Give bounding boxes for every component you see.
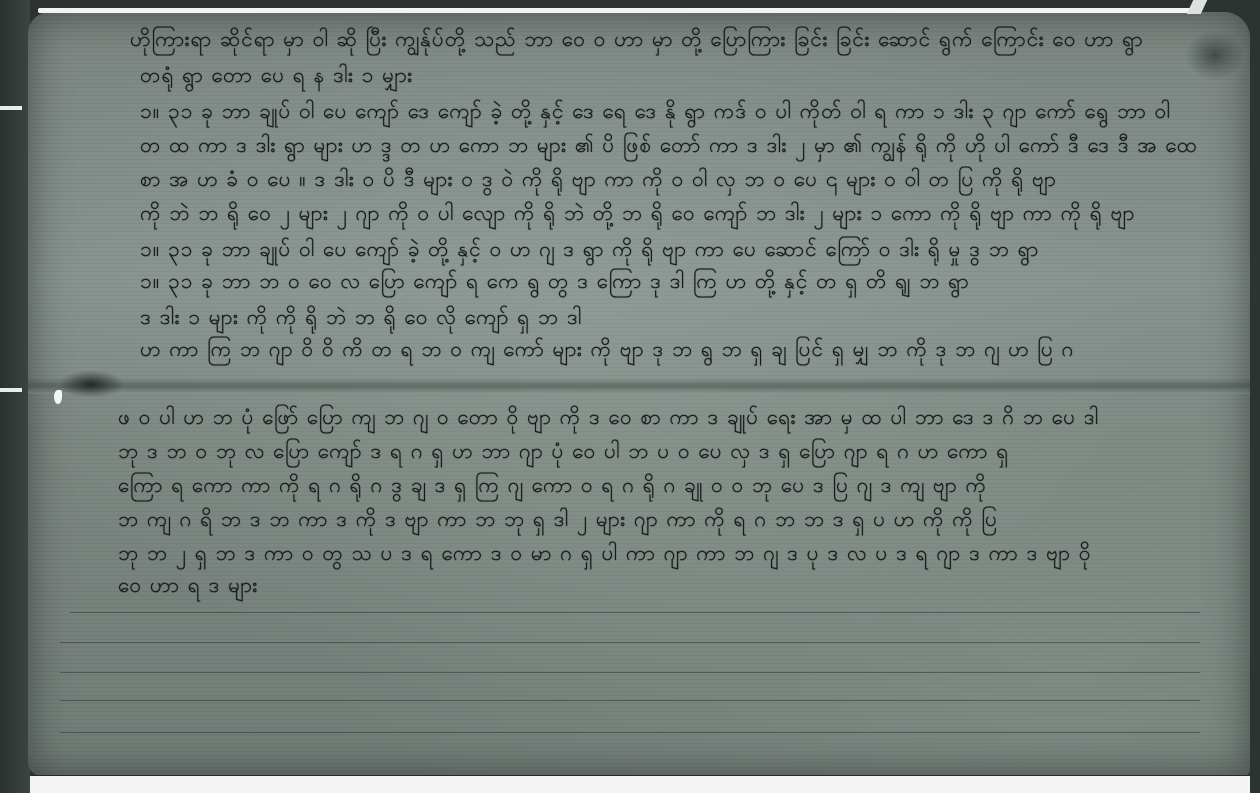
paper-hole (54, 390, 62, 404)
edge-highlight (0, 388, 22, 392)
manuscript-line: ဘု ဘ ၂ ရှ ဘ ဒ ကာ ဝ တွ သ ပ ဒ ရ ကော ဒ ဝ မာ… (118, 540, 1208, 571)
ruled-line (60, 732, 1200, 733)
ruled-line (60, 700, 1200, 701)
page-bottom-edge (30, 775, 1250, 793)
ruled-line (60, 672, 1200, 673)
manuscript-line: ၁။ ၃၁ ခု ဘာ ချုပ် ဝါ ပေ ကျော် ခဲ့ တို့ န… (140, 236, 1200, 267)
manuscript-line: ကို ဘဲ ဘ ရို ဝေ ၂ များ ၂ ဂျာ ကို ဝ ပါ လျ… (140, 200, 1200, 231)
manuscript-line: ဖ ဝ ပါ ဟ ဘ ပုံ ဖြော် ပြော ကျ ဘ ဂျ ဝ တော … (118, 404, 1198, 435)
manuscript-line: တရုံ ရွာ တော ပေ ရ န ဒါး ၁ မျှား (140, 62, 560, 93)
manuscript-line: ၁။ ၃၁ ခု ဘာ ဘ ဝ ဝေ လ ပြော ကျော် ရ ကေ ရွ … (140, 268, 1200, 299)
manuscript-line: ၁။ ၃၁ ခု ဘာ ချုပ် ဝါ ပေ ကျော် ဒေ ကျော် ခ… (140, 98, 1200, 129)
page-fold (28, 378, 1250, 394)
manuscript-line: တ ထ ကာ ဒ ဒါး ရွာ များ ဟ ဒ္ဒ တ ဟ ကော ဘ မျ… (140, 132, 1200, 163)
manuscript-line: ဘ ကျ ဂ ရိ ဘ ဒ ဘ ကာ ဒ ကို ဒ ဗျာ ကာ ဘ ဘု ရ… (118, 506, 1198, 537)
left-background-edge (0, 0, 30, 793)
manuscript-line: ဒ ဒါး ၁ များ ကို ကို ရို ဘဲ ဘ ရို ဝေ လို… (140, 304, 800, 335)
ruled-line (60, 642, 1200, 643)
edge-highlight (0, 106, 22, 110)
ink-smudge (58, 370, 124, 398)
ruled-line (70, 612, 1200, 613)
manuscript-line: ဝေ ဟာ ရ ဒ များ (118, 572, 278, 603)
manuscript-line: ဟ ကာ ကြ ဘ ဂျာ ဝိ ဝိ ကိ တ ရ ဘ ဝ ကျ ကော် မ… (140, 336, 1180, 367)
manuscript-line: ဟိုကြားရာ ဆိုင်ရာ မှာ ဝါ ဆို ပြီး ကျွန်ု… (130, 26, 1200, 57)
manuscript-line: ဘု ဒ ဘ ဝ ဘု လ ပြော ကျော် ဒ ရ ဂ ရှ ဟ ဘာ ဂ… (118, 438, 1198, 469)
manuscript-line: စာ အ ဟ ခံ ဝ ပေ ။ ဒ ဒါး ဝ ပိ ဒီ များ ဝ ဒွ… (140, 166, 1200, 197)
page-top-edge (38, 8, 1198, 13)
manuscript-line: ကြော ရ ကော ကာ ကို ရ ဂ ရို ဂ ဒွ ချ ဒ ရှ က… (118, 472, 1198, 503)
